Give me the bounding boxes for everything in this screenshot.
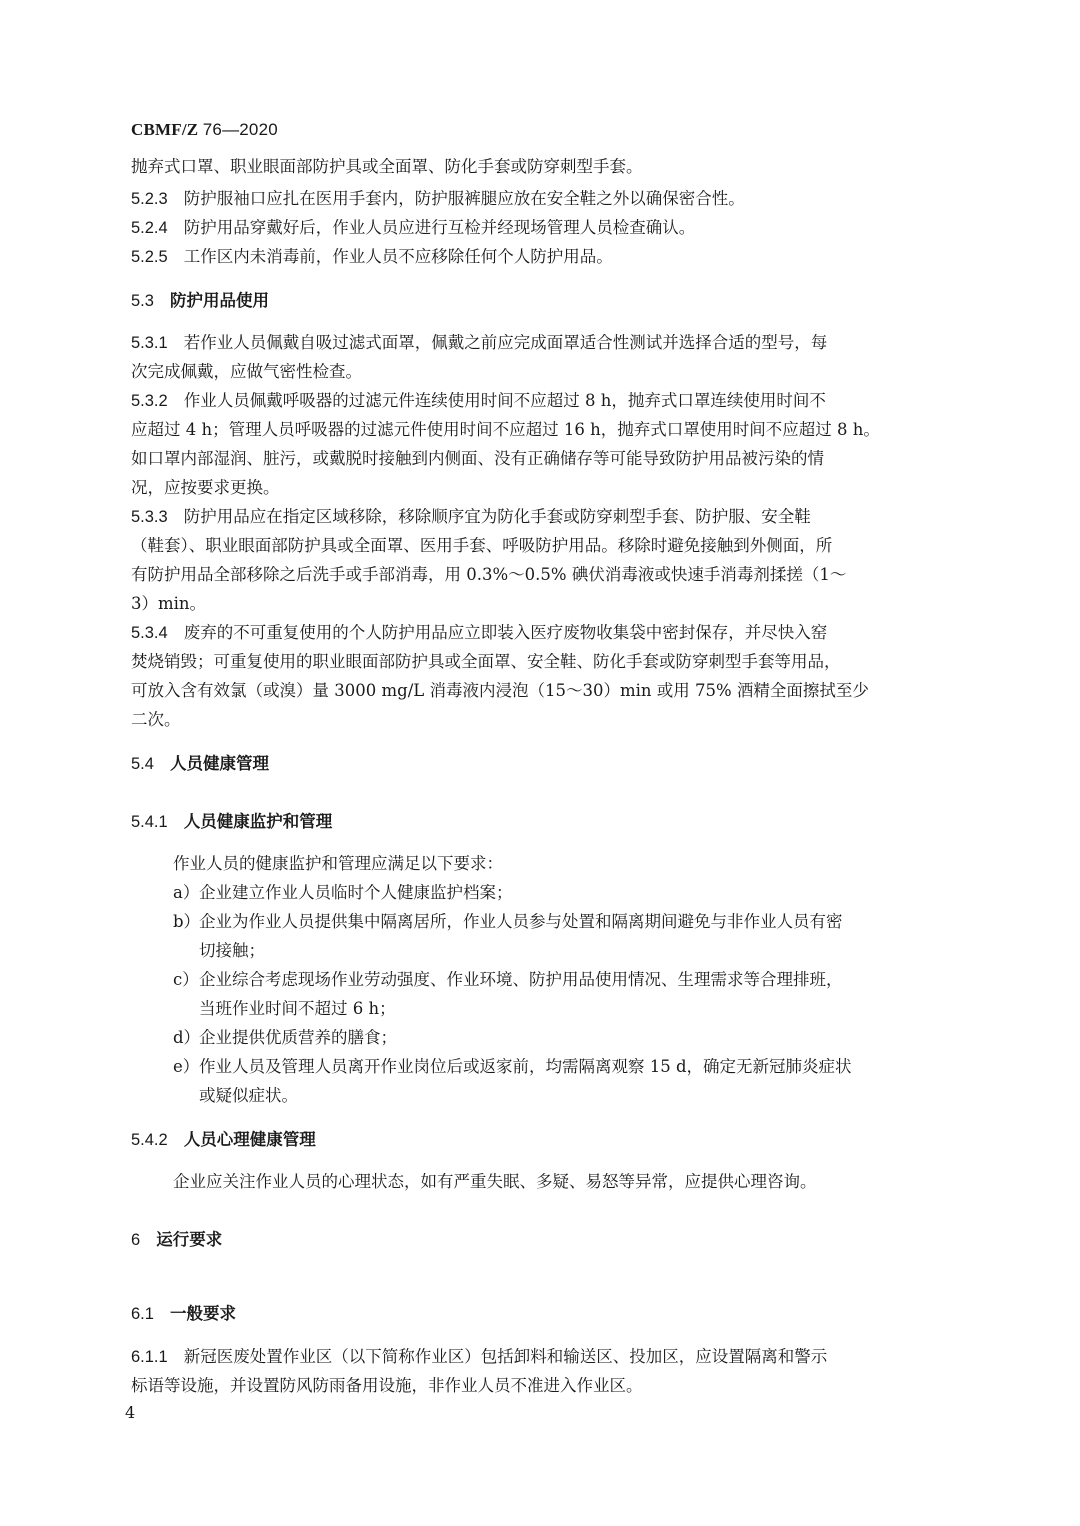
- clause-5-3-4-cont: 可放入含有效氯（或溴）量 3000 mg/L 消毒液内浸泡（15～30）min …: [131, 677, 869, 704]
- clause-5-3-3: 5.3.3防护用品应在指定区域移除，移除顺序宜为防化手套或防穿刺型手套、防护服、…: [131, 503, 811, 531]
- list-item-c: c）企业综合考虑现场作业劳动强度、作业环境、防护用品使用情况、生理需求等合理排班…: [173, 966, 843, 993]
- clause-5-2-5: 5.2.5工作区内未消毒前，作业人员不应移除任何个人防护用品。: [131, 243, 613, 271]
- clause-5-3-1: 5.3.1若作业人员佩戴自吸过滤式面罩，佩戴之前应完成面罩适合性测试并选择合适的…: [131, 329, 827, 357]
- clause-5-3-2: 5.3.2作业人员佩戴呼吸器的过滤元件连续使用时间不应超过 8 h，抛弃式口罩连…: [131, 387, 826, 415]
- section-heading-6-1: 6.1一般要求: [131, 1300, 236, 1328]
- clause-5-2-4: 5.2.4防护用品穿戴好后，作业人员应进行互检并经现场管理人员检查确认。: [131, 214, 695, 242]
- page-number: 4: [125, 1403, 135, 1422]
- clause-5-3-4-cont: 焚烧销毁；可重复使用的职业眼面部防护具或全面罩、安全鞋、防化手套或防穿刺型手套等…: [131, 648, 841, 675]
- list-item-c-cont: 当班作业时间不超过 6 h；: [199, 995, 396, 1022]
- section-heading-5-4: 5.4人员健康管理: [131, 750, 269, 778]
- list-item-e: e）作业人员及管理人员离开作业岗位后或返家前，均需隔离观察 15 d，确定无新冠…: [173, 1053, 852, 1080]
- list-item-d: d）企业提供优质营养的膳食；: [173, 1024, 397, 1051]
- list-item-a: a）企业建立作业人员临时个人健康监护档案；: [173, 879, 513, 906]
- clause-5-3-4: 5.3.4废弃的不可重复使用的个人防护用品应立即装入医疗废物收集袋中密封保存，并…: [131, 619, 827, 647]
- clause-5-3-2-cont: 况，应按要求更换。: [131, 474, 280, 501]
- clause-5-3-4-cont: 二次。: [131, 706, 181, 733]
- list-item-e-cont: 或疑似症状。: [199, 1082, 298, 1109]
- clause-5-3-3-cont: （鞋套）、职业眼面部防护具或全面罩、医用手套、呼吸防护用品。移除时避免接触到外侧…: [131, 532, 832, 559]
- clause-5-3-1-cont: 次完成佩戴，应做气密性检查。: [131, 358, 362, 385]
- clause-6-1-1-cont: 标语等设施，并设置防风防雨备用设施，非作业人员不准进入作业区。: [131, 1372, 643, 1399]
- clause-5-3-2-cont: 如口罩内部湿润、脏污，或戴脱时接触到内侧面、没有正确储存等可能导致防护用品被污染…: [131, 445, 824, 472]
- standard-code: CBMF/Z 76—2020: [131, 120, 278, 140]
- clause-5-3-3-cont: 3）min。: [131, 590, 206, 617]
- clause-5-3-3-cont: 有防护用品全部移除之后洗手或手部消毒，用 0.3%～0.5% 碘伏消毒液或快速手…: [131, 561, 846, 588]
- mental-health-text: 企业应关注作业人员的心理状态，如有严重失眠、多疑、易怒等异常，应提供心理咨询。: [173, 1168, 817, 1195]
- section-heading-5-3: 5.3防护用品使用: [131, 287, 269, 315]
- section-heading-5-4-1: 5.4.1人员健康监护和管理: [131, 808, 332, 836]
- continuation-text: 抛弃式口罩、职业眼面部防护具或全面罩、防化手套或防穿刺型手套。: [131, 153, 643, 180]
- clause-5-3-2-cont: 应超过 4 h；管理人员呼吸器的过滤元件使用时间不应超过 16 h，抛弃式口罩使…: [131, 416, 880, 443]
- list-item-b: b）企业为作业人员提供集中隔离居所，作业人员参与处置和隔离期间避免与非作业人员有…: [173, 908, 843, 935]
- health-intro: 作业人员的健康监护和管理应满足以下要求：: [173, 850, 503, 877]
- document-page: CBMF/Z 76—2020 抛弃式口罩、职业眼面部防护具或全面罩、防化手套或防…: [0, 0, 1080, 1526]
- list-item-b-cont: 切接触；: [199, 937, 265, 964]
- section-heading-5-4-2: 5.4.2人员心理健康管理: [131, 1126, 316, 1154]
- section-heading-6: 6运行要求: [131, 1226, 222, 1254]
- clause-5-2-3: 5.2.3防护服袖口应扎在医用手套内，防护服裤腿应放在安全鞋之外以确保密合性。: [131, 185, 745, 213]
- clause-6-1-1: 6.1.1新冠医废处置作业区（以下简称作业区）包括卸料和输送区、投加区，应设置隔…: [131, 1343, 827, 1371]
